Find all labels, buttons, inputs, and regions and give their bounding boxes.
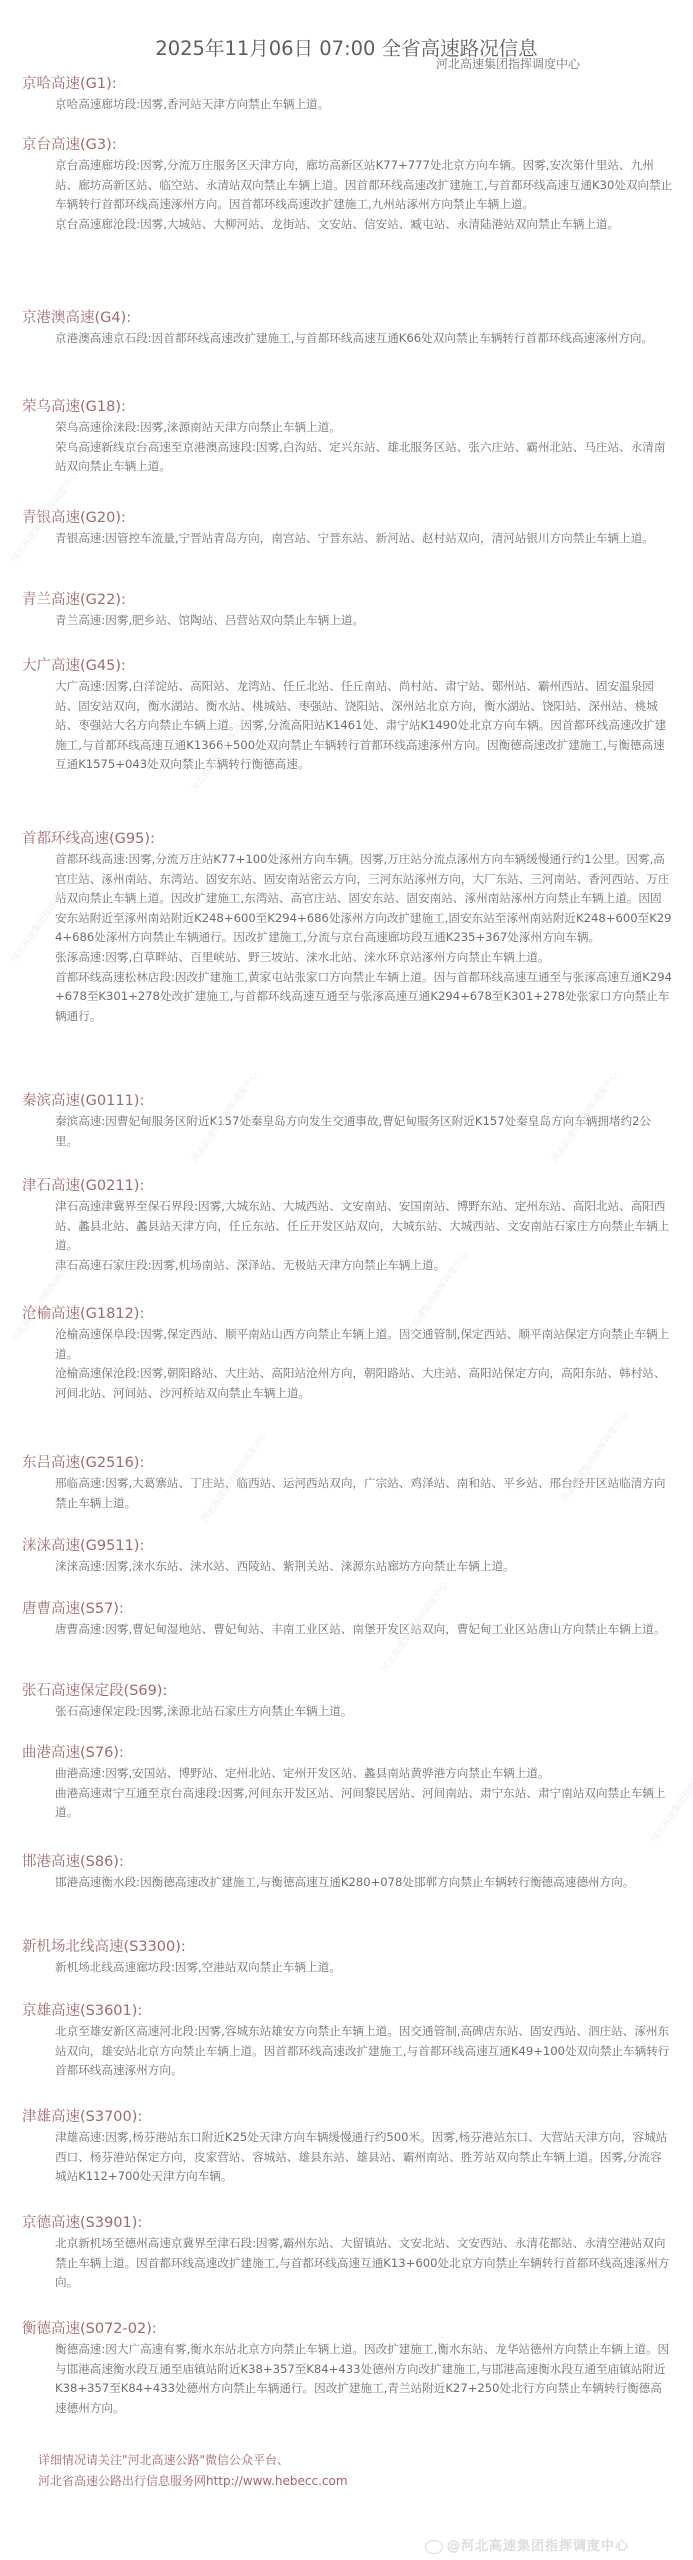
highway-section-g3: 京台高速(G3): 京台高速廊坊段:因雾,分流万庄服务区天津方向，廊坊高新区站K…: [22, 134, 682, 234]
highway-section-g0211: 津石高速(G0211): 津石高速津冀界至保石界段:因雾,大城东站、大城西站、文…: [22, 1175, 682, 1275]
highway-section-g4: 京港澳高速(G4): 京港澳高速京石段:因首都环线高速改扩建施工,与首都环线高速…: [22, 307, 682, 349]
footer-note: 详细情况请关注"河北高速公路"微信公众平台、 河北省高速公路出行信息服务网htt…: [38, 2450, 348, 2492]
section-paragraph: 京港澳高速京石段:因首都环线高速改扩建施工,与首都环线高速互通K66处双向禁止车…: [55, 329, 673, 349]
page-title: 2025年11月06日 07:00 全省高速路况信息: [0, 33, 693, 61]
highway-section-s69: 张石高速保定段(S69): 张石高速保定段:因雾,涞源北站石家庄方向禁止车辆上道…: [22, 1680, 682, 1722]
highway-section-g0111: 秦滨高速(G0111): 秦滨高速:因曹妃甸服务区附近K157处秦皇岛方向发生交…: [22, 1090, 682, 1151]
section-paragraph: 北京新机场至德州高速京冀界至津石段:因雾,霸州东站、大留镇站、文安北站、文安西站…: [55, 2234, 673, 2293]
section-paragraph: 秦滨高速:因曹妃甸服务区附近K157处秦皇岛方向发生交通事故,曹妃甸服务区附近K…: [55, 1112, 673, 1151]
section-heading: 邯港高速(S86):: [22, 1851, 682, 1873]
section-heading: 东吕高速(G2516):: [22, 1452, 682, 1474]
section-paragraph: 京哈高速廊坊段:因雾,香河站天津方向禁止车辆上道。: [55, 95, 673, 115]
section-heading: 京雄高速(S3601):: [22, 2000, 682, 2022]
section-heading: 涞涞高速(G9511):: [22, 1535, 682, 1557]
section-paragraph: 大广高速:因雾,白洋淀站、高阳站、龙湾站、任丘北站、任丘南站、尚村站、肃宁站、鄚…: [55, 677, 673, 775]
traffic-report-page: 2025年11月06日 07:00 全省高速路况信息 河北高速集团指挥调度中心 …: [0, 0, 693, 2560]
highway-section-s86: 邯港高速(S86): 邯港高速衡水段:因衡德高速改扩建施工,与衡德高速互通K28…: [22, 1851, 682, 1893]
section-heading: 京港澳高速(G4):: [22, 307, 682, 329]
highway-section-g1812: 沧榆高速(G1812): 沧榆高速保阜段:因雾,保定西站、顺平南站山西方向禁止车…: [22, 1303, 682, 1403]
section-paragraph: 沧榆高速保阜段:因雾,保定西站、顺平南站山西方向禁止车辆上道。因交通管制,保定西…: [55, 1325, 673, 1364]
section-heading: 津雄高速(S3700):: [22, 2106, 682, 2128]
section-heading: 青兰高速(G22):: [22, 589, 682, 611]
section-paragraph: 沧榆高速保沧段:因雾,朝阳路站、大庄站、高阳站沧州方向，朝阳路站、大庄站、高阳站…: [55, 1364, 673, 1403]
section-heading: 唐曹高速(S57):: [22, 1598, 682, 1620]
section-paragraph: 青兰高速:因雾,肥乡站、馆陶站、吕营站双向禁止车辆上道。: [55, 611, 673, 631]
section-paragraph: 邢临高速:因雾,大葛寨站、丁庄站、临西站、运河西站双向，广宗站、鸡泽站、南和站、…: [55, 1474, 673, 1513]
highway-section-g20: 青银高速(G20): 青银高速:因管控车流量,宁晋站青岛方向，南宫站、宁晋东站、…: [22, 507, 682, 549]
highway-section-s3601: 京雄高速(S3601): 北京至雄安新区高速河北段:因雾,容城东站雄安方向禁止车…: [22, 2000, 682, 2081]
section-heading: 青银高速(G20):: [22, 507, 682, 529]
section-heading: 新机场北线高速(S3300):: [22, 1936, 682, 1958]
section-paragraph: 荣乌高速徐涞段:因雾,涞源南站天津方向禁止车辆上道。: [55, 418, 673, 438]
section-paragraph: 衡德高速:因大广高速有雾,衡水东站北京方向禁止车辆上道。因改扩建施工,衡水东站、…: [55, 2340, 673, 2418]
section-paragraph: 荣乌高速新线京台高速至京港澳高速段:因雾,白沟站、定兴东站、雄北服务区站、张六庄…: [55, 438, 673, 477]
section-paragraph: 首都环线高速:因雾,分流万庄站K77+100处涿州方向车辆。因雾,万庄站分流点涿…: [55, 850, 673, 948]
section-paragraph: 曲港高速肃宁互通至京台高速段:因雾,河间东开发区站、河间黎民居站、河间南站、肃宁…: [55, 1784, 673, 1823]
section-paragraph: 京台高速廊沧段:因雾,大城站、大柳河站、龙街站、文安站、信安站、臧屯站、永清陆港…: [55, 215, 673, 235]
section-paragraph: 张涿高速:因雾,白草畔站、百里峡站、野三坡站、涞水北站、涞水环京站涿州方向禁止车…: [55, 948, 673, 968]
weibo-logo-icon: [425, 2540, 443, 2554]
highway-section-s072-02: 衡德高速(S072-02): 衡德高速:因大广高速有雾,衡水东站北京方向禁止车辆…: [22, 2318, 682, 2418]
section-heading: 京哈高速(G1):: [22, 73, 682, 95]
section-heading: 衡德高速(S072-02):: [22, 2318, 682, 2340]
section-paragraph: 新机场北线高速廊坊段:因雾,空港站双向禁止车辆上道。: [55, 1958, 673, 1978]
highway-section-s3700: 津雄高速(S3700): 津雄高速:因雾,杨芬港站东口附近K25处天津方向车辆缓…: [22, 2106, 682, 2187]
highway-section-g22: 青兰高速(G22): 青兰高速:因雾,肥乡站、馆陶站、吕营站双向禁止车辆上道。: [22, 589, 682, 631]
section-paragraph: 津石高速石家庄段:因雾,机场南站、深泽站、无极站天津方向禁止车辆上道。: [55, 1256, 673, 1276]
highway-section-g2516: 东吕高速(G2516): 邢临高速:因雾,大葛寨站、丁庄站、临西站、运河西站双向…: [22, 1452, 682, 1513]
section-paragraph: 涞涞高速:因雾,涞水东站、涞水站、西陵站、紫荆关站、涞源东站廊坊方向禁止车辆上道…: [55, 1557, 673, 1577]
section-paragraph: 津石高速津冀界至保石界段:因雾,大城东站、大城西站、文安南站、安国南站、博野东站…: [55, 1197, 673, 1256]
section-paragraph: 唐曹高速:因雾,曹妃甸湿地站、曹妃甸站、丰南工业区站、南堡开发区站双向，曹妃甸工…: [55, 1620, 673, 1640]
highway-section-s76: 曲港高速(S76): 曲港高速:因雾,安国站、博野站、定州北站、定州开发区站、蠡…: [22, 1742, 682, 1823]
section-heading: 大广高速(G45):: [22, 655, 682, 677]
highway-section-g1: 京哈高速(G1): 京哈高速廊坊段:因雾,香河站天津方向禁止车辆上道。: [22, 73, 682, 115]
section-heading: 秦滨高速(G0111):: [22, 1090, 682, 1112]
section-paragraph: 青银高速:因管控车流量,宁晋站青岛方向，南宫站、宁晋东站、新河站、赵村站双向，清…: [55, 529, 673, 549]
highway-section-s3901: 京德高速(S3901): 北京新机场至德州高速京冀界至津石段:因雾,霸州东站、大…: [22, 2212, 682, 2293]
section-heading: 沧榆高速(G1812):: [22, 1303, 682, 1325]
section-heading: 曲港高速(S76):: [22, 1742, 682, 1764]
highway-section-g9511: 涞涞高速(G9511): 涞涞高速:因雾,涞水东站、涞水站、西陵站、紫荆关站、涞…: [22, 1535, 682, 1577]
weibo-handle: @河北高速集团指挥调度中心: [447, 2539, 629, 2554]
highway-section-s57: 唐曹高速(S57): 唐曹高速:因雾,曹妃甸湿地站、曹妃甸站、丰南工业区站、南堡…: [22, 1598, 682, 1640]
section-paragraph: 津雄高速:因雾,杨芬港站东口附近K25处天津方向车辆缓慢通行约500米。因雾,杨…: [55, 2128, 673, 2187]
highway-section-g45: 大广高速(G45): 大广高速:因雾,白洋淀站、高阳站、龙湾站、任丘北站、任丘南…: [22, 655, 682, 775]
section-heading: 京德高速(S3901):: [22, 2212, 682, 2234]
section-heading: 京台高速(G3):: [22, 134, 682, 156]
section-paragraph: 邯港高速衡水段:因衡德高速改扩建施工,与衡德高速互通K280+078处邯郸方向禁…: [55, 1873, 673, 1893]
weibo-watermark: @河北高速集团指挥调度中心: [425, 2535, 629, 2554]
highway-section-g18: 荣乌高速(G18): 荣乌高速徐涞段:因雾,涞源南站天津方向禁止车辆上道。 荣乌…: [22, 396, 682, 477]
footer-website-line: 河北省高速公路出行信息服务网http://www.hebecc.com: [38, 2471, 348, 2492]
section-heading: 首都环线高速(G95):: [22, 828, 682, 850]
highway-section-g95: 首都环线高速(G95): 首都环线高速:因雾,分流万庄站K77+100处涿州方向…: [22, 828, 682, 1026]
section-heading: 张石高速保定段(S69):: [22, 1680, 682, 1702]
section-paragraph: 北京至雄安新区高速河北段:因雾,容城东站雄安方向禁止车辆上道。因交通管制,高碑店…: [55, 2022, 673, 2081]
section-heading: 津石高速(G0211):: [22, 1175, 682, 1197]
footer-wechat-line: 详细情况请关注"河北高速公路"微信公众平台、: [38, 2450, 348, 2471]
section-paragraph: 京台高速廊坊段:因雾,分流万庄服务区天津方向，廊坊高新区站K77+777处北京方…: [55, 156, 673, 215]
highway-section-s3300: 新机场北线高速(S3300): 新机场北线高速廊坊段:因雾,空港站双向禁止车辆上…: [22, 1936, 682, 1978]
section-paragraph: 曲港高速:因雾,安国站、博野站、定州北站、定州开发区站、蠡县南站黄骅港方向禁止车…: [55, 1764, 673, 1784]
section-heading: 荣乌高速(G18):: [22, 396, 682, 418]
section-paragraph: 张石高速保定段:因雾,涞源北站石家庄方向禁止车辆上道。: [55, 1702, 673, 1722]
issuer-label: 河北高速集团指挥调度中心: [436, 55, 580, 72]
section-paragraph: 首都环线高速松林店段:因改扩建施工,黄家屯站张家口方向禁止车辆上道。因与首都环线…: [55, 968, 673, 1027]
